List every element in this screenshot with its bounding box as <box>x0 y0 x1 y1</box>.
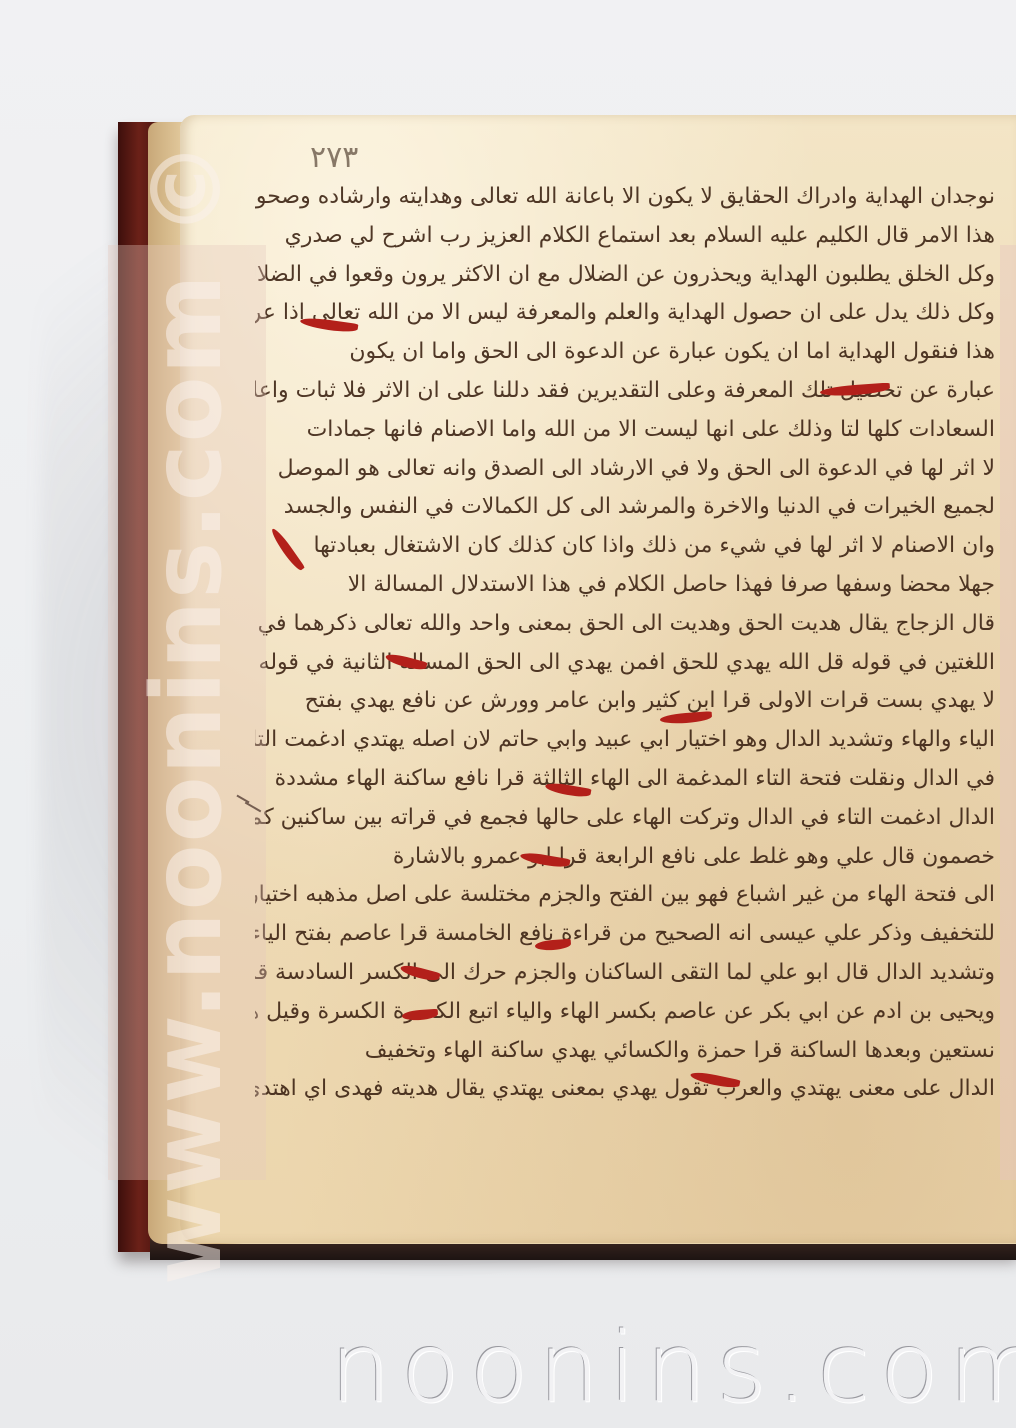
text-line: جهلا محضا وسفها صرفا فهذا حاصل الكلام في… <box>255 566 995 605</box>
text-line: وكل ذلك يدل على ان حصول الهداية والعلم و… <box>255 294 995 333</box>
text-line: ويحيى بن ادم عن ابي بكر عن عاصم بكسر اله… <box>255 993 995 1032</box>
text-line: السعادات كلها لتا وذلك على انها ليست الا… <box>255 411 995 450</box>
text-line: الدال ادغمت التاء في الدال وتركت الهاء ع… <box>255 799 995 838</box>
text-line: لا يهدي بست قرات الاولى قرا ابن كثير واب… <box>255 682 995 721</box>
text-line: للتخفيف وذكر علي عيسى انه الصحيح من قراء… <box>255 915 995 954</box>
text-line: الدال على معنى يهتدي والعرب تقول يهدي بم… <box>255 1070 995 1109</box>
text-line: هذا الامر قال الكليم عليه السلام بعد است… <box>255 217 995 256</box>
text-line: نوجدان الهداية وادراك الحقايق لا يكون ال… <box>255 178 995 217</box>
text-line: وكل الخلق يطلبون الهداية ويحذرون عن الضل… <box>255 256 995 295</box>
text-line: لا اثر لها في الدعوة الى الحق ولا في الا… <box>255 450 995 489</box>
text-line: وان الاصنام لا اثر لها في شيء من ذلك واذ… <box>255 527 995 566</box>
watermark-vertical: www.noonins.com © <box>131 139 243 1285</box>
text-line: الى فتحة الهاء من غير اشباع فهو بين الفت… <box>255 876 995 915</box>
page-number: ۲۷۳ <box>310 140 358 175</box>
text-line: هذا فنقول الهداية اما ان يكون عبارة عن ا… <box>255 333 995 372</box>
text-line: قال الزجاج يقال هديت الحق وهديت الى الحق… <box>255 605 995 644</box>
text-line: وتشديد الدال قال ابو علي لما التقى الساك… <box>255 954 995 993</box>
text-line: خصمون قال علي وهو غلط على نافع الرابعة ق… <box>255 838 995 877</box>
text-line: اللغتين في قوله قل الله يهدي للحق افمن ي… <box>255 644 995 683</box>
text-line: عبارة عن تحصيل تلك المعرفة وعلى التقديري… <box>255 372 995 411</box>
text-line: لجميع الخيرات في الدنيا والاخرة والمرشد … <box>255 488 995 527</box>
watermark-bottom: noonins.com <box>330 1318 950 1418</box>
watermark-band-right <box>1000 245 1016 1180</box>
text-line: الياء والهاء وتشديد الدال وهو اختيار ابي… <box>255 721 995 760</box>
manuscript-text: نوجدان الهداية وادراك الحقايق لا يكون ال… <box>255 178 995 1109</box>
text-line: في الدال ونقلت فتحة التاء المدغمة الى ال… <box>255 760 995 799</box>
text-line: نستعين وبعدها الساكنة قرا حمزة والكسائي … <box>255 1032 995 1071</box>
